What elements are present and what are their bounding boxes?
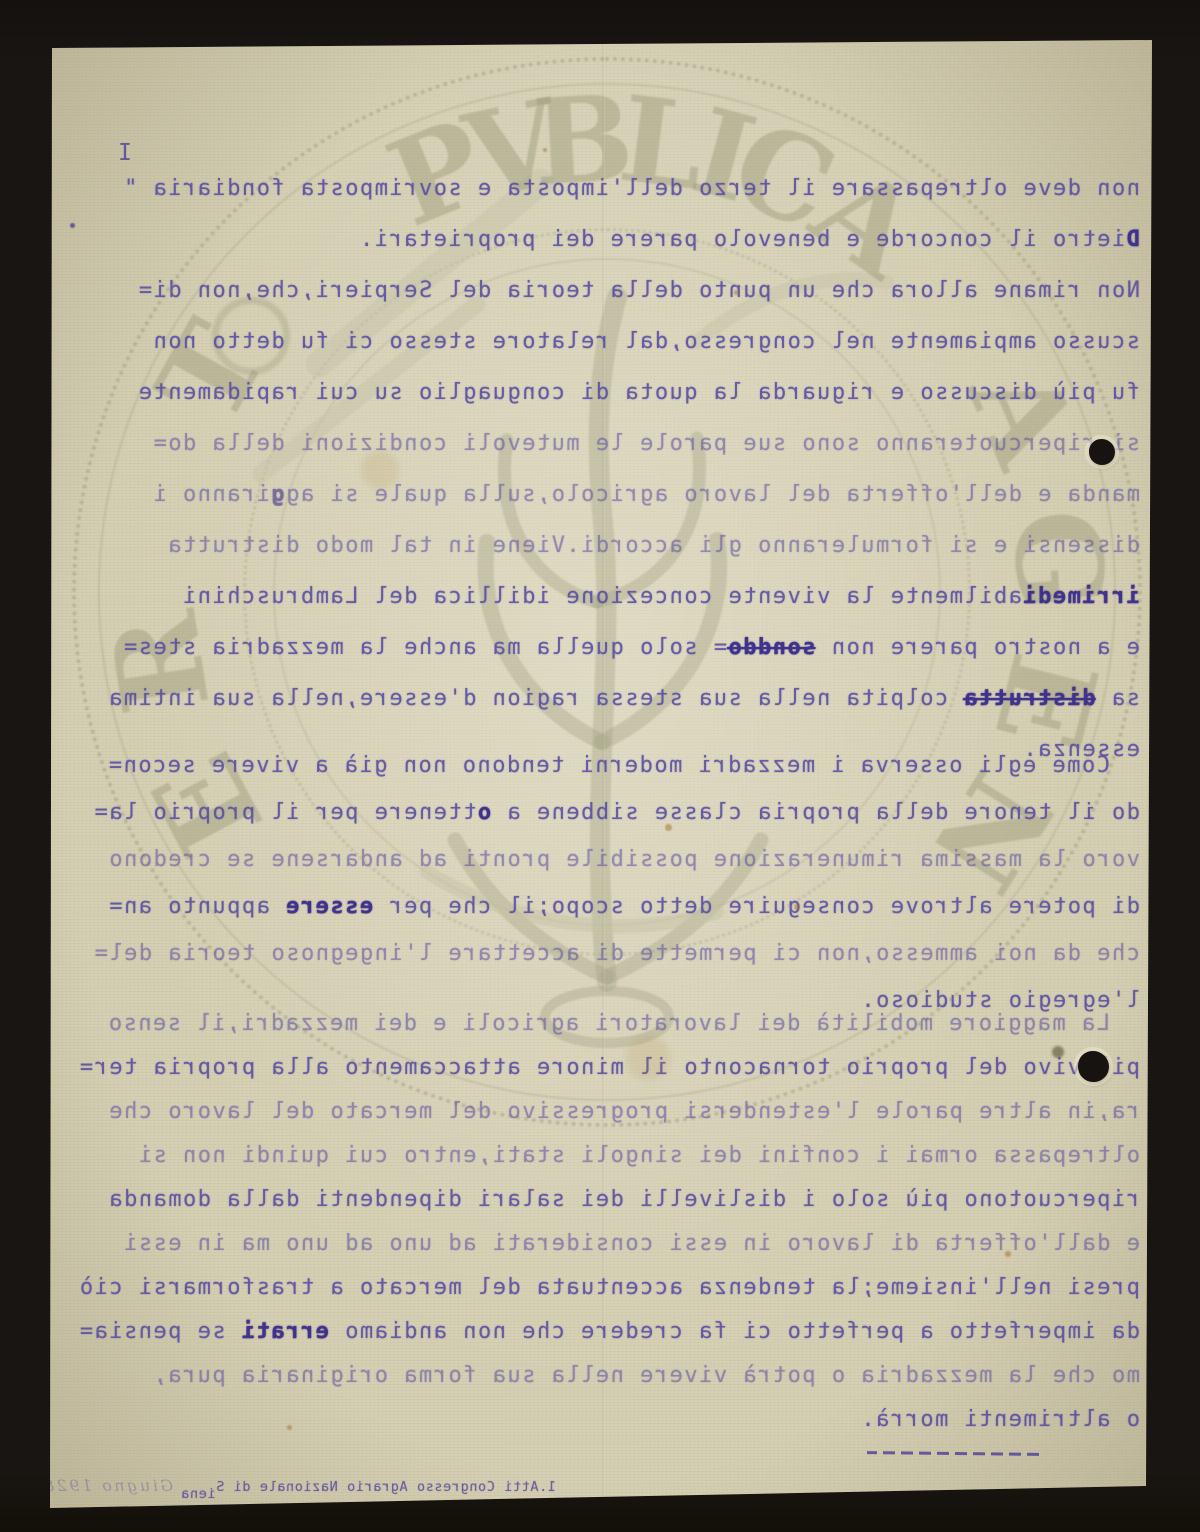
text-line: che da noi ammesso,non ci permette di ac…	[62, 930, 1140, 977]
text-line: sa distrutta colpita nella sua stessa ra…	[62, 673, 1140, 724]
text-line: e dall'offerta di lavoro in essi conside…	[62, 1222, 1140, 1266]
text-segment: do il tenore della propria classe sibben…	[491, 800, 1140, 825]
text-segment: se pensia=	[78, 1319, 240, 1344]
text-line: La maggiore mobilità dei lavoratori agri…	[62, 1002, 1140, 1046]
text-segment: iena	[181, 1486, 216, 1502]
text-segment: abilmente la vivente concezione idillica…	[182, 584, 1022, 609]
text-segment: ra,in altre parole l'estendersi progress…	[108, 1099, 1140, 1124]
footnote: 1.Atti Congresso Agrario Nazionale di Si…	[56, 1476, 556, 1495]
text-segment: presi nell'insieme;la tendenza accentuat…	[78, 1275, 1140, 1300]
text-segment: ripercuotono più solo i dislivelli dei s…	[108, 1187, 1140, 1212]
stain-mark	[361, 451, 399, 489]
text-segment: 1.Atti Congresso Agrario Nazionale di S	[216, 1479, 556, 1495]
stain-mark	[626, 1036, 670, 1080]
text-segment: o altrimenti morrà.	[860, 1407, 1140, 1432]
foxing-spot	[287, 1425, 292, 1430]
text-segment: e dall'offerta di lavoro in essi conside…	[123, 1231, 1140, 1256]
footnote-rule	[867, 1451, 1039, 1456]
punch-hole	[1089, 439, 1115, 465]
paragraph-3: La maggiore mobilità dei lavoratori agri…	[62, 1002, 1140, 1442]
text-segment: oltrepassa ormai i confini dei singoli s…	[137, 1143, 1140, 1168]
paragraph-2: Come egli osserva i mezzadri moderni ten…	[62, 742, 1140, 1024]
text-line: do il tenore della propria classe sibben…	[62, 789, 1140, 836]
text-segment: = solo quella ma anche la mezzadria stes…	[123, 635, 728, 660]
text-segment: colpita nella sua stessa ragion d'essere…	[108, 686, 963, 711]
text-segment: e a nostro parere non	[816, 635, 1140, 660]
text-segment: non deve oltrepassare il terzo dell'impo…	[123, 176, 1140, 201]
text-line: non deve oltrepassare il terzo dell'impo…	[62, 163, 1140, 214]
text-segment: scusso ampiamente nel congresso,dal rela…	[152, 329, 1140, 354]
smudge-mark	[1052, 1046, 1064, 1058]
text-segment: La maggiore mobilità dei lavoratori agri…	[107, 1011, 1110, 1036]
text-line: Dietro il concorde e benevolo parere dei…	[62, 214, 1140, 265]
text-segment: D	[1125, 227, 1140, 252]
text-segment: iranno i	[152, 482, 270, 507]
text-segment: voro la massima rimunerazione possibile …	[108, 847, 1140, 872]
paper-sheet: ERTPVBLICAAGEN I non deve oltrepassare i…	[50, 40, 1152, 1508]
text-segment: g	[270, 482, 285, 507]
text-line: di potere altrove conseguire detto scopo…	[62, 883, 1140, 930]
text-line: ra,in altre parole l'estendersi progress…	[62, 1090, 1140, 1134]
foxing-spot	[543, 148, 547, 152]
text-segment: Giugno 1928 in op cit	[0, 1476, 181, 1495]
foxing-spot	[665, 824, 672, 831]
text-line: irrimediabilmente la vivente concezione …	[62, 571, 1140, 622]
text-segment: appunto an=	[108, 894, 285, 919]
paragraph-1: non deve oltrepassare il terzo dell'impo…	[62, 163, 1140, 775]
text-line: oltrepassa ormai i confini dei singoli s…	[62, 1134, 1140, 1178]
text-segment: sa	[1096, 686, 1140, 711]
document-scan: ERTPVBLICAAGEN I non deve oltrepassare i…	[0, 0, 1200, 1532]
text-segment: sonddo	[727, 635, 815, 660]
text-line: mo che la mezzadria o potrà vivere nella…	[62, 1354, 1140, 1398]
punch-hole	[1078, 1051, 1109, 1082]
text-segment: mo che la mezzadria o potrà vivere nella…	[152, 1363, 1140, 1388]
text-line: scusso ampiamente nel congresso,dal rela…	[62, 316, 1140, 367]
text-line: Non rimane allora che un punto della teo…	[62, 265, 1140, 316]
text-segment: distrutta	[963, 686, 1096, 711]
text-line: dissensi e si formuleranno gli accordi.V…	[62, 520, 1140, 571]
mirrored-typescript: I non deve oltrepassare il terzo dell'im…	[50, 40, 1152, 1508]
text-line: o altrimenti morrà.	[62, 1398, 1140, 1442]
text-segment: essere	[285, 894, 373, 919]
text-segment: dissensi e si formuleranno gli accordi.V…	[167, 533, 1140, 558]
text-segment: di potere altrove conseguire detto scopo…	[373, 894, 1140, 919]
text-line: manda e dell'offerta del lavoro agricolo…	[62, 469, 1140, 520]
text-segment: più vivo del proprio tornaconto il minor…	[78, 1055, 1140, 1080]
text-line: più vivo del proprio tornaconto il minor…	[62, 1046, 1140, 1090]
text-segment: manda e dell'offerta del lavoro agricolo…	[285, 482, 1140, 507]
text-segment: irrimedi	[1022, 584, 1140, 609]
text-segment: ttenere per il proprio la=	[93, 800, 476, 825]
text-line: e a nostro parere non sonddo= solo quell…	[62, 622, 1140, 673]
text-line: ripercuotono più solo i dislivelli dei s…	[62, 1178, 1140, 1222]
text-line: presi nell'insieme;la tendenza accentuat…	[62, 1266, 1140, 1310]
text-segment: errati	[241, 1319, 329, 1344]
text-line: voro la massima rimunerazione possibile …	[62, 836, 1140, 883]
text-segment: o	[476, 800, 491, 825]
ink-mark	[70, 223, 75, 228]
text-segment: Non rimane allora che un punto della teo…	[137, 278, 1140, 303]
text-line: fu più discusso e riguarda la quota di c…	[62, 367, 1140, 418]
text-line: da imperfetto a perfetto ci fa credere c…	[62, 1310, 1140, 1354]
text-segment: da imperfetto a perfetto ci fa credere c…	[329, 1319, 1140, 1344]
text-line: si ripercuoteranno sono sue parole le mu…	[62, 418, 1140, 469]
text-segment: fu più discusso e riguarda la quota di c…	[137, 380, 1140, 405]
text-segment: ietro il concorde e benevolo parere dei …	[359, 227, 1126, 252]
text-segment: che da noi ammesso,non ci permette di ac…	[93, 941, 1140, 966]
text-segment: Come egli osserva i mezzadri moderni ten…	[107, 753, 1110, 778]
foxing-spot	[794, 904, 800, 910]
foxing-spot	[1005, 1251, 1011, 1257]
text-line: Come egli osserva i mezzadri moderni ten…	[62, 742, 1140, 789]
text-segment: si ripercuoteranno sono sue parole le mu…	[152, 431, 1140, 456]
foxing-spot	[734, 290, 739, 295]
